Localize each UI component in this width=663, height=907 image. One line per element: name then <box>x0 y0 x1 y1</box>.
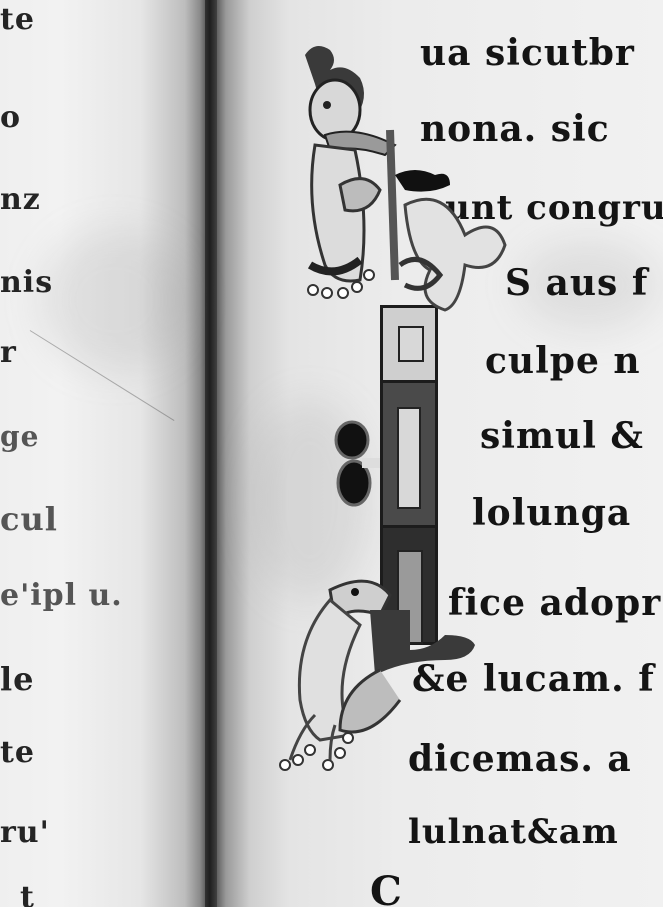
left-line: le <box>0 660 35 698</box>
text-line: simul & <box>480 415 644 457</box>
text-line: lulnat&am <box>408 812 619 852</box>
knot-ornament-icon <box>332 418 382 513</box>
initial-panel <box>397 407 421 509</box>
left-line: cul <box>0 500 58 538</box>
text-line: C <box>370 868 403 907</box>
left-line: ru' <box>0 815 50 850</box>
left-line: t <box>20 880 35 907</box>
left-line: ge <box>0 420 39 453</box>
left-line: e'ipl u. <box>0 578 123 613</box>
bird-grotesque-icon <box>285 35 515 335</box>
beast-grotesque-icon <box>270 570 490 780</box>
left-line: te <box>0 2 35 37</box>
left-line: r <box>0 335 17 370</box>
text-line: culpe n <box>485 340 641 382</box>
text-line: lolunga <box>472 492 631 534</box>
left-line: nz <box>0 182 41 217</box>
left-line: o <box>0 100 21 135</box>
left-line: nis <box>0 265 53 300</box>
left-line: te <box>0 735 35 770</box>
book-gutter <box>205 0 217 907</box>
text-line: S aus f <box>505 262 648 304</box>
initial-shaft-segment <box>380 380 438 528</box>
parchment-stain <box>40 230 190 370</box>
manuscript-photo: te o nz nis r ge cul e'ipl u. le te ru' … <box>0 0 663 907</box>
